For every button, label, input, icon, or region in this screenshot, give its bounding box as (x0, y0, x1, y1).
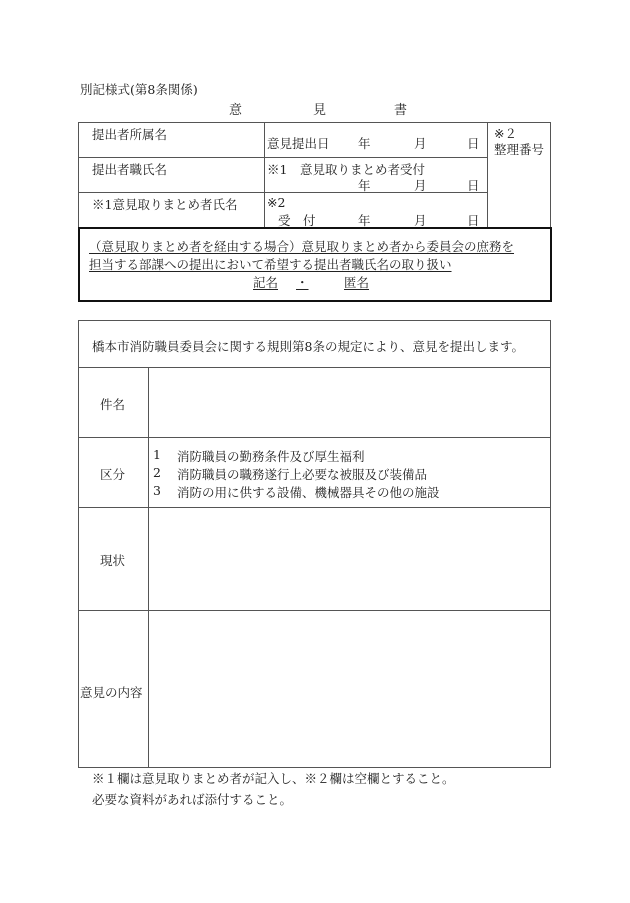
submission-month-label[interactable]: 月 (414, 134, 427, 152)
submission-year-label[interactable]: 年 (358, 134, 371, 152)
submission-day-label[interactable]: 日 (467, 134, 480, 152)
category-label: 区分 (100, 465, 125, 483)
category-option-3[interactable]: 消防の用に供する設備、機械器具その他の施設 (177, 483, 440, 501)
footnote-2: 必要な資料があれば添付すること。 (92, 790, 292, 808)
coordinator-month-label[interactable]: 月 (414, 176, 427, 194)
coordinator-day-label[interactable]: 日 (467, 176, 480, 194)
coordinator-name-label: ※1意見取りまとめ者氏名 (92, 195, 237, 213)
option-anonymous[interactable]: 匿名 (344, 273, 369, 291)
title-char-1: 意 (229, 99, 242, 118)
title-char-3: 書 (394, 99, 407, 118)
category-option-1[interactable]: 消防職員の勤務条件及び厚生福利 (177, 447, 365, 465)
footnote-1: ※１欄は意見取りまとめ者が記入し、※２欄は空欄とすること。 (92, 769, 455, 787)
submitter-department-label: 提出者所属名 (92, 125, 167, 143)
subject-label: 件名 (100, 395, 125, 413)
option-named[interactable]: 記名 (253, 273, 278, 291)
opinion-content-label: 意見の内容 (80, 683, 143, 701)
regulation-intro-text: 橋本市消防職員委員会に関する規則第8条の規定により、意見を提出します。 (92, 337, 524, 355)
current-status-label: 現状 (100, 551, 125, 569)
category-option-2[interactable]: 消防職員の職務遂行上必要な被服及び装備品 (177, 465, 427, 483)
subject-field[interactable] (149, 368, 550, 437)
option-separator: ・ (296, 273, 309, 291)
submission-date-label: 意見提出日 (267, 134, 330, 152)
submitter-name-label: 提出者職氏名 (92, 160, 167, 178)
current-status-field[interactable] (149, 508, 550, 610)
reference-number-label: 整理番号 (494, 140, 544, 158)
category-option-2-number[interactable]: 2 (153, 465, 161, 480)
category-option-3-number[interactable]: 3 (153, 483, 161, 498)
form-reference-heading: 別記様式(第8条関係) (80, 80, 198, 98)
coordinator-year-label[interactable]: 年 (358, 176, 371, 194)
category-option-1-number[interactable]: 1 (153, 447, 161, 462)
receipt-note-label: ※2 (267, 195, 285, 210)
opinion-content-field[interactable] (149, 611, 550, 767)
title-char-2: 見 (313, 99, 326, 118)
anonymity-instruction-line-2: 担当する部課への提出において希望する提出者職氏名の取り扱い (89, 255, 452, 273)
coordinator-receipt-label: ※1 意見取りまとめ者受付 (267, 160, 425, 178)
anonymity-instruction-line-1: （意見取りまとめ者を経由する場合）意見取りまとめ者から委員会の庶務を (89, 237, 514, 255)
